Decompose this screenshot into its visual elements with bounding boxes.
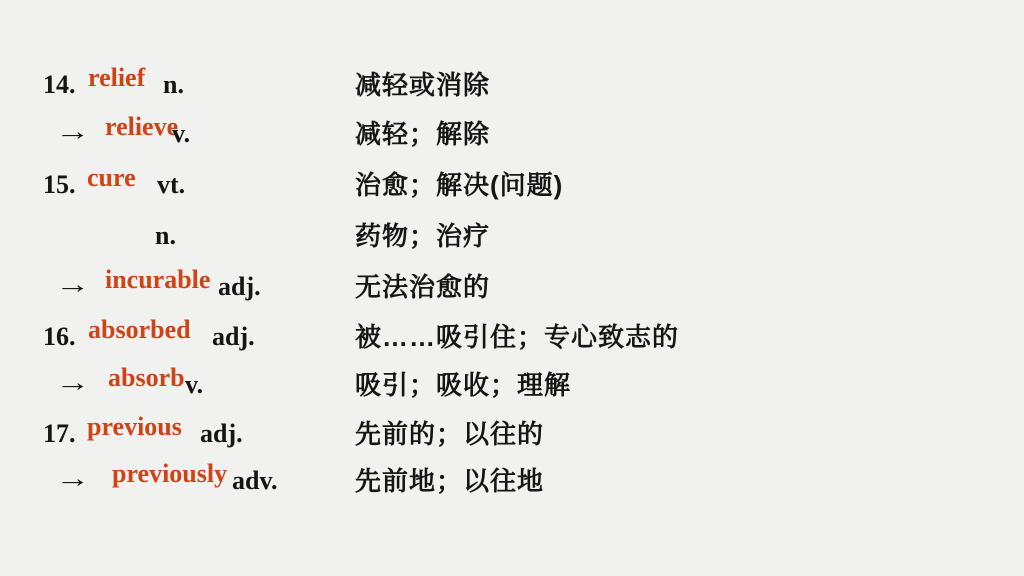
- english-word: relief: [88, 61, 145, 95]
- vocab-row: → relieve v. 减轻；解除: [0, 117, 1024, 153]
- vocab-row: 14. relief n. 减轻或消除: [0, 68, 1024, 104]
- vocab-row: 17. previous adj. 先前的；以往的: [0, 417, 1024, 453]
- entry-number: 17.: [43, 417, 76, 451]
- english-word: previously: [112, 457, 227, 491]
- vocab-row: → incurable adj. 无法治愈的: [0, 270, 1024, 306]
- pos-label: adj.: [212, 320, 255, 354]
- pos-label: n.: [163, 68, 184, 102]
- chinese-definition: 减轻或消除: [355, 68, 490, 102]
- vocab-row: → absorb v. 吸引；吸收；理解: [0, 368, 1024, 404]
- vocab-row: → previously adv. 先前地；以往地: [0, 464, 1024, 500]
- vocab-row: 15. cure vt. 治愈；解决(问题): [0, 168, 1024, 204]
- pos-label: vt.: [157, 168, 185, 202]
- english-word: previous: [87, 410, 182, 444]
- chinese-definition: 药物；治疗: [355, 219, 490, 253]
- chinese-definition: 无法治愈的: [355, 270, 490, 304]
- pos-label: v.: [185, 368, 203, 402]
- entry-number: 15.: [43, 168, 76, 202]
- derive-arrow-icon: →: [55, 115, 90, 149]
- pos-label: v.: [172, 117, 190, 151]
- english-word: absorb: [108, 361, 185, 395]
- chinese-definition: 先前的；以往的: [355, 417, 544, 451]
- vocab-row: n. 药物；治疗: [0, 219, 1024, 255]
- derive-arrow-icon: →: [55, 268, 90, 302]
- entry-number: 16.: [43, 320, 76, 354]
- pos-label: n.: [155, 219, 176, 253]
- entry-number: 14.: [43, 68, 76, 102]
- chinese-definition: 被……吸引住；专心致志的: [355, 320, 679, 354]
- english-word: absorbed: [88, 313, 191, 347]
- vocab-row: 16. absorbed adj. 被……吸引住；专心致志的: [0, 320, 1024, 356]
- vocabulary-slide: 14. relief n. 减轻或消除 → relieve v. 减轻；解除 1…: [0, 0, 1024, 576]
- pos-label: adj.: [218, 270, 261, 304]
- derive-arrow-icon: →: [55, 462, 90, 496]
- english-word: cure: [87, 161, 136, 195]
- chinese-definition: 先前地；以往地: [355, 464, 544, 498]
- chinese-definition: 吸引；吸收；理解: [355, 368, 571, 402]
- chinese-definition: 治愈；解决(问题): [355, 168, 563, 202]
- pos-label: adv.: [232, 464, 278, 498]
- derive-arrow-icon: →: [55, 366, 90, 400]
- chinese-definition: 减轻；解除: [355, 117, 490, 151]
- pos-label: adj.: [200, 417, 243, 451]
- english-word: relieve: [105, 110, 178, 144]
- english-word: incurable: [105, 263, 210, 297]
